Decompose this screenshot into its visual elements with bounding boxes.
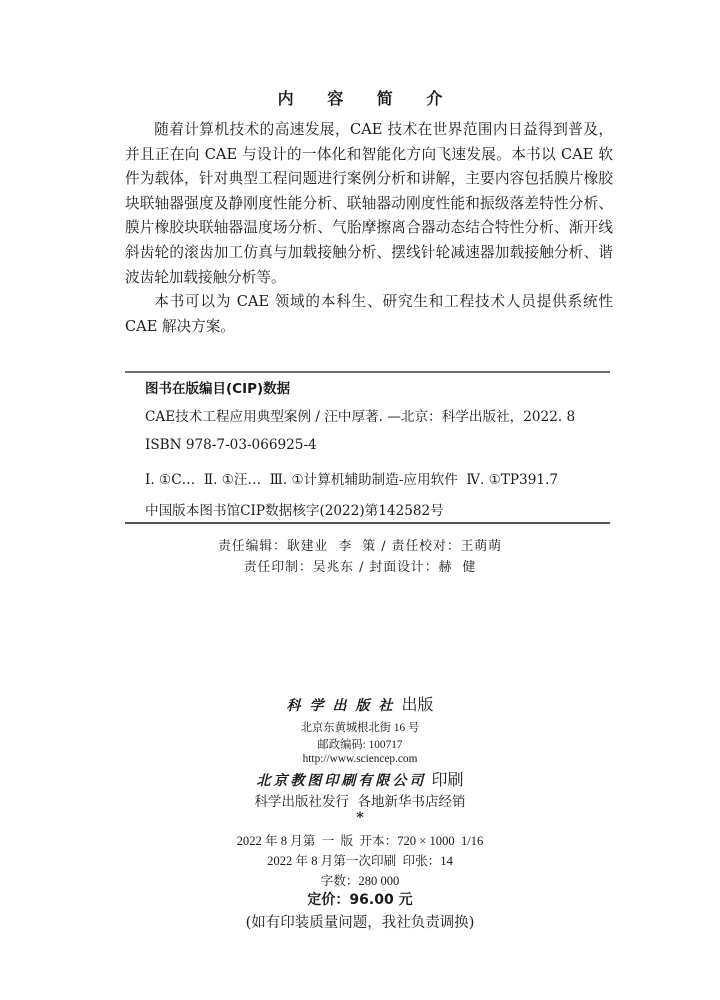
edition-info: 2022 年 8 月第 一 版 开本：720 × 1000 1/16	[0, 830, 720, 849]
publisher-postcode: 邮政编码: 100717	[0, 736, 720, 752]
cip-record: CAE技术工程应用典型案例 / 汪中厚著. —北京：科学出版社，2022. 8	[145, 405, 575, 425]
intro-paragraph: 随着计算机技术的高速发展，CAE 技术在世界范围内日益得到普及，并且正在向 CA…	[125, 118, 613, 290]
cip-isbn: ISBN 978-7-03-066925-4	[145, 437, 317, 453]
printer-name: 北京教图印刷有限公司	[256, 773, 426, 789]
price: 定价：96.00 元	[0, 889, 720, 909]
printer-suffix: 印刷	[432, 772, 464, 789]
cip-top-rule	[125, 371, 610, 373]
separator-asterisk: *	[0, 810, 720, 826]
credits-production: 责任印制：吴兆东 / 封面设计：赫 健	[0, 556, 720, 575]
page-title: 内 容 简 介	[0, 86, 720, 109]
printing-info: 2022 年 8 月第一次印刷 印张：14	[0, 850, 720, 869]
quality-note: (如有印装质量问题，我社负责调换)	[0, 911, 720, 932]
word-count: 字数：280 000	[0, 870, 720, 889]
publisher-address: 北京东黄城根北街 16 号	[0, 719, 720, 735]
publisher-suffix: 出版	[401, 697, 433, 714]
introduction-body: 随着计算机技术的高速发展，CAE 技术在世界范围内日益得到普及，并且正在向 CA…	[125, 118, 613, 339]
printer-line: 北京教图印刷有限公司 印刷	[0, 767, 720, 790]
cip-number: 中国版本图书馆CIP数据核字(2022)第142582号	[145, 499, 444, 519]
cip-classification: Ⅰ. ①C… Ⅱ. ①汪… Ⅲ. ①计算机辅助制造-应用软件 Ⅳ. ①TP391…	[145, 468, 558, 488]
cip-heading: 图书在版编目(CIP)数据	[145, 377, 290, 397]
credits-editors: 责任编辑：耿建业 李 策 / 责任校对：王萌萌	[0, 535, 720, 554]
publisher-url[interactable]: http://www.sciencep.com	[0, 753, 720, 765]
distribution: 科学出版社发行 各地新华书店经销	[0, 790, 720, 810]
cip-bottom-rule	[125, 522, 610, 524]
publisher-name: 科学出版社	[286, 698, 401, 714]
intro-paragraph: 本书可以为 CAE 领域的本科生、研究生和工程技术人员提供系统性 CAE 解决方…	[125, 290, 613, 339]
publisher-line: 科学出版社出版	[0, 692, 720, 715]
